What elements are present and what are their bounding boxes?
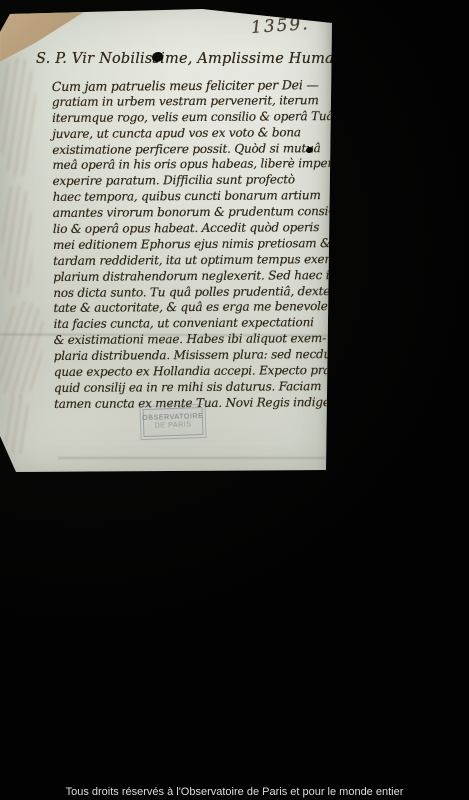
- paper-crease: [58, 457, 328, 459]
- show-through-smudge: [2, 185, 32, 295]
- letter-line: experire paratum. Difficilia sunt profec…: [53, 172, 331, 190]
- copyright-caption: Tous droits réservés à l'Observatoire de…: [0, 786, 469, 798]
- salutation-superscript: e: [368, 50, 374, 60]
- manuscript-paper: 1359. S. P. Vir Nobilissime, Amplissime …: [0, 0, 332, 474]
- letter-line: & existimationi meae. Habes ibi aliquot …: [54, 331, 332, 349]
- letter-line: lio & operâ opus habeat. Accedit quòd op…: [53, 220, 331, 238]
- letter-line: Cum jam patruelis meus feliciter per Dei…: [52, 77, 330, 95]
- letter-line: quae expecto ex Hollandia accepi. Expect…: [54, 363, 332, 381]
- letter-line: mei editionem Ephorus ejus nimis pretios…: [53, 236, 331, 254]
- salutation-text: S. P. Vir Nobilissime, Amplissime Humani…: [36, 51, 368, 67]
- archival-number: 1359.: [250, 14, 310, 38]
- letter-line: tate & auctoritate, & quâ es erga me ben…: [53, 299, 331, 317]
- letter-line: ita facies cuncta, ut conveniant expecta…: [54, 315, 332, 333]
- stamp-text-line2: DE PARIS: [155, 421, 192, 431]
- letter-line: gratiam in urbem vestram pervenerit, ite…: [52, 93, 330, 111]
- letter-line: plarium distrahendorum neglexerit. Sed h…: [53, 268, 331, 286]
- letter-line: tardam reddiderit, ita ut optimum tempus…: [53, 252, 331, 270]
- letter-line: iterumque rogo, velis eum consilio & ope…: [52, 109, 330, 127]
- show-through-smudge: [0, 58, 36, 176]
- letter-body: Cum jam patruelis meus feliciter per Dei…: [52, 77, 332, 413]
- letter-line: juvare, ut cuncta apud vos ex voto & bon…: [52, 125, 330, 143]
- letter-line: plaria distribuenda. Misissem plura: sed…: [54, 347, 332, 365]
- letter-line: amantes virorum bonorum & prudentum cons…: [53, 204, 331, 222]
- photo-background: 1359. S. P. Vir Nobilissime, Amplissime …: [0, 0, 469, 800]
- letter-line: quid consilij ea in re mihi sis daturus.…: [54, 379, 332, 397]
- show-through-smudge: [0, 300, 48, 401]
- observatoire-stamp: OBSERVATOIRE DE PARIS: [143, 407, 204, 437]
- show-through-smudge: [4, 396, 30, 454]
- letter-line: haec tempora, quibus cuncti bonarum arti…: [53, 188, 331, 206]
- salutation-line: S. P. Vir Nobilissime, Amplissime Humani…: [36, 50, 374, 67]
